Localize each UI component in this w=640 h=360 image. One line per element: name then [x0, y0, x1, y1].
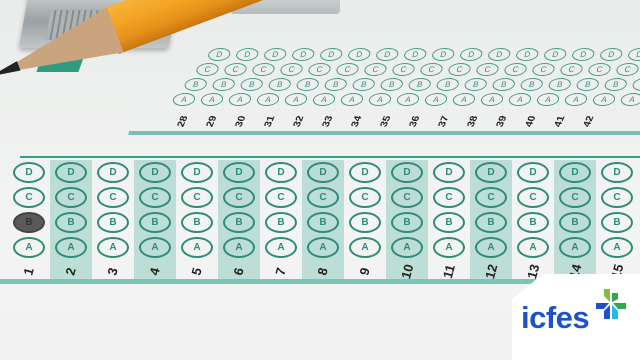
question-column: DCBA5	[176, 160, 218, 280]
question-column: DCBA12	[470, 160, 512, 280]
photo-scene: DDDDDDDDDDDDDDDD CCCCCCCCCCCCCCCCC BBBBB…	[0, 0, 640, 360]
bubble-row-a: AAAAAAAAAAAAAAAAA	[171, 93, 640, 106]
question-column: DCBA6	[218, 160, 260, 280]
answer-sheet-back-section: DDDDDDDDDDDDDDDD CCCCCCCCCCCCCCCCC BBBBB…	[128, 40, 640, 135]
question-column: DCBA13	[512, 160, 554, 280]
question-column: DCBA9	[344, 160, 386, 280]
question-column: DCBA4	[134, 160, 176, 280]
back-question-numbers: 28 29 30 31 32 33 34 35 36 37 38 39 40 4…	[170, 116, 602, 127]
icfes-star-icon	[596, 289, 626, 319]
icfes-logo-text: icfes	[521, 300, 589, 336]
question-column: DCBA3	[92, 160, 134, 280]
answer-sheet-front-section: DCBA1 DCBA2 DCBA3 DCBA4 DCBA5 DCBA6 DCBA…	[0, 152, 640, 284]
bubble-row-c: CCCCCCCCCCCCCCCCC	[195, 63, 640, 76]
bubble-row-b: BBBBBBBBBBBBBBBBB	[183, 78, 640, 91]
question-column: DCBA7	[260, 160, 302, 280]
question-column: DCBA2	[50, 160, 92, 280]
question-column: DCBA15	[596, 160, 638, 280]
marked-bubble: B	[13, 212, 45, 233]
question-column: DCBA14	[554, 160, 596, 280]
question-column: DCBA11	[428, 160, 470, 280]
question-column: DCBA10	[386, 160, 428, 280]
question-column: DCBA1	[8, 160, 50, 280]
bubble-row-d: DDDDDDDDDDDDDDDD	[207, 48, 640, 61]
question-column: DCBA8	[302, 160, 344, 280]
